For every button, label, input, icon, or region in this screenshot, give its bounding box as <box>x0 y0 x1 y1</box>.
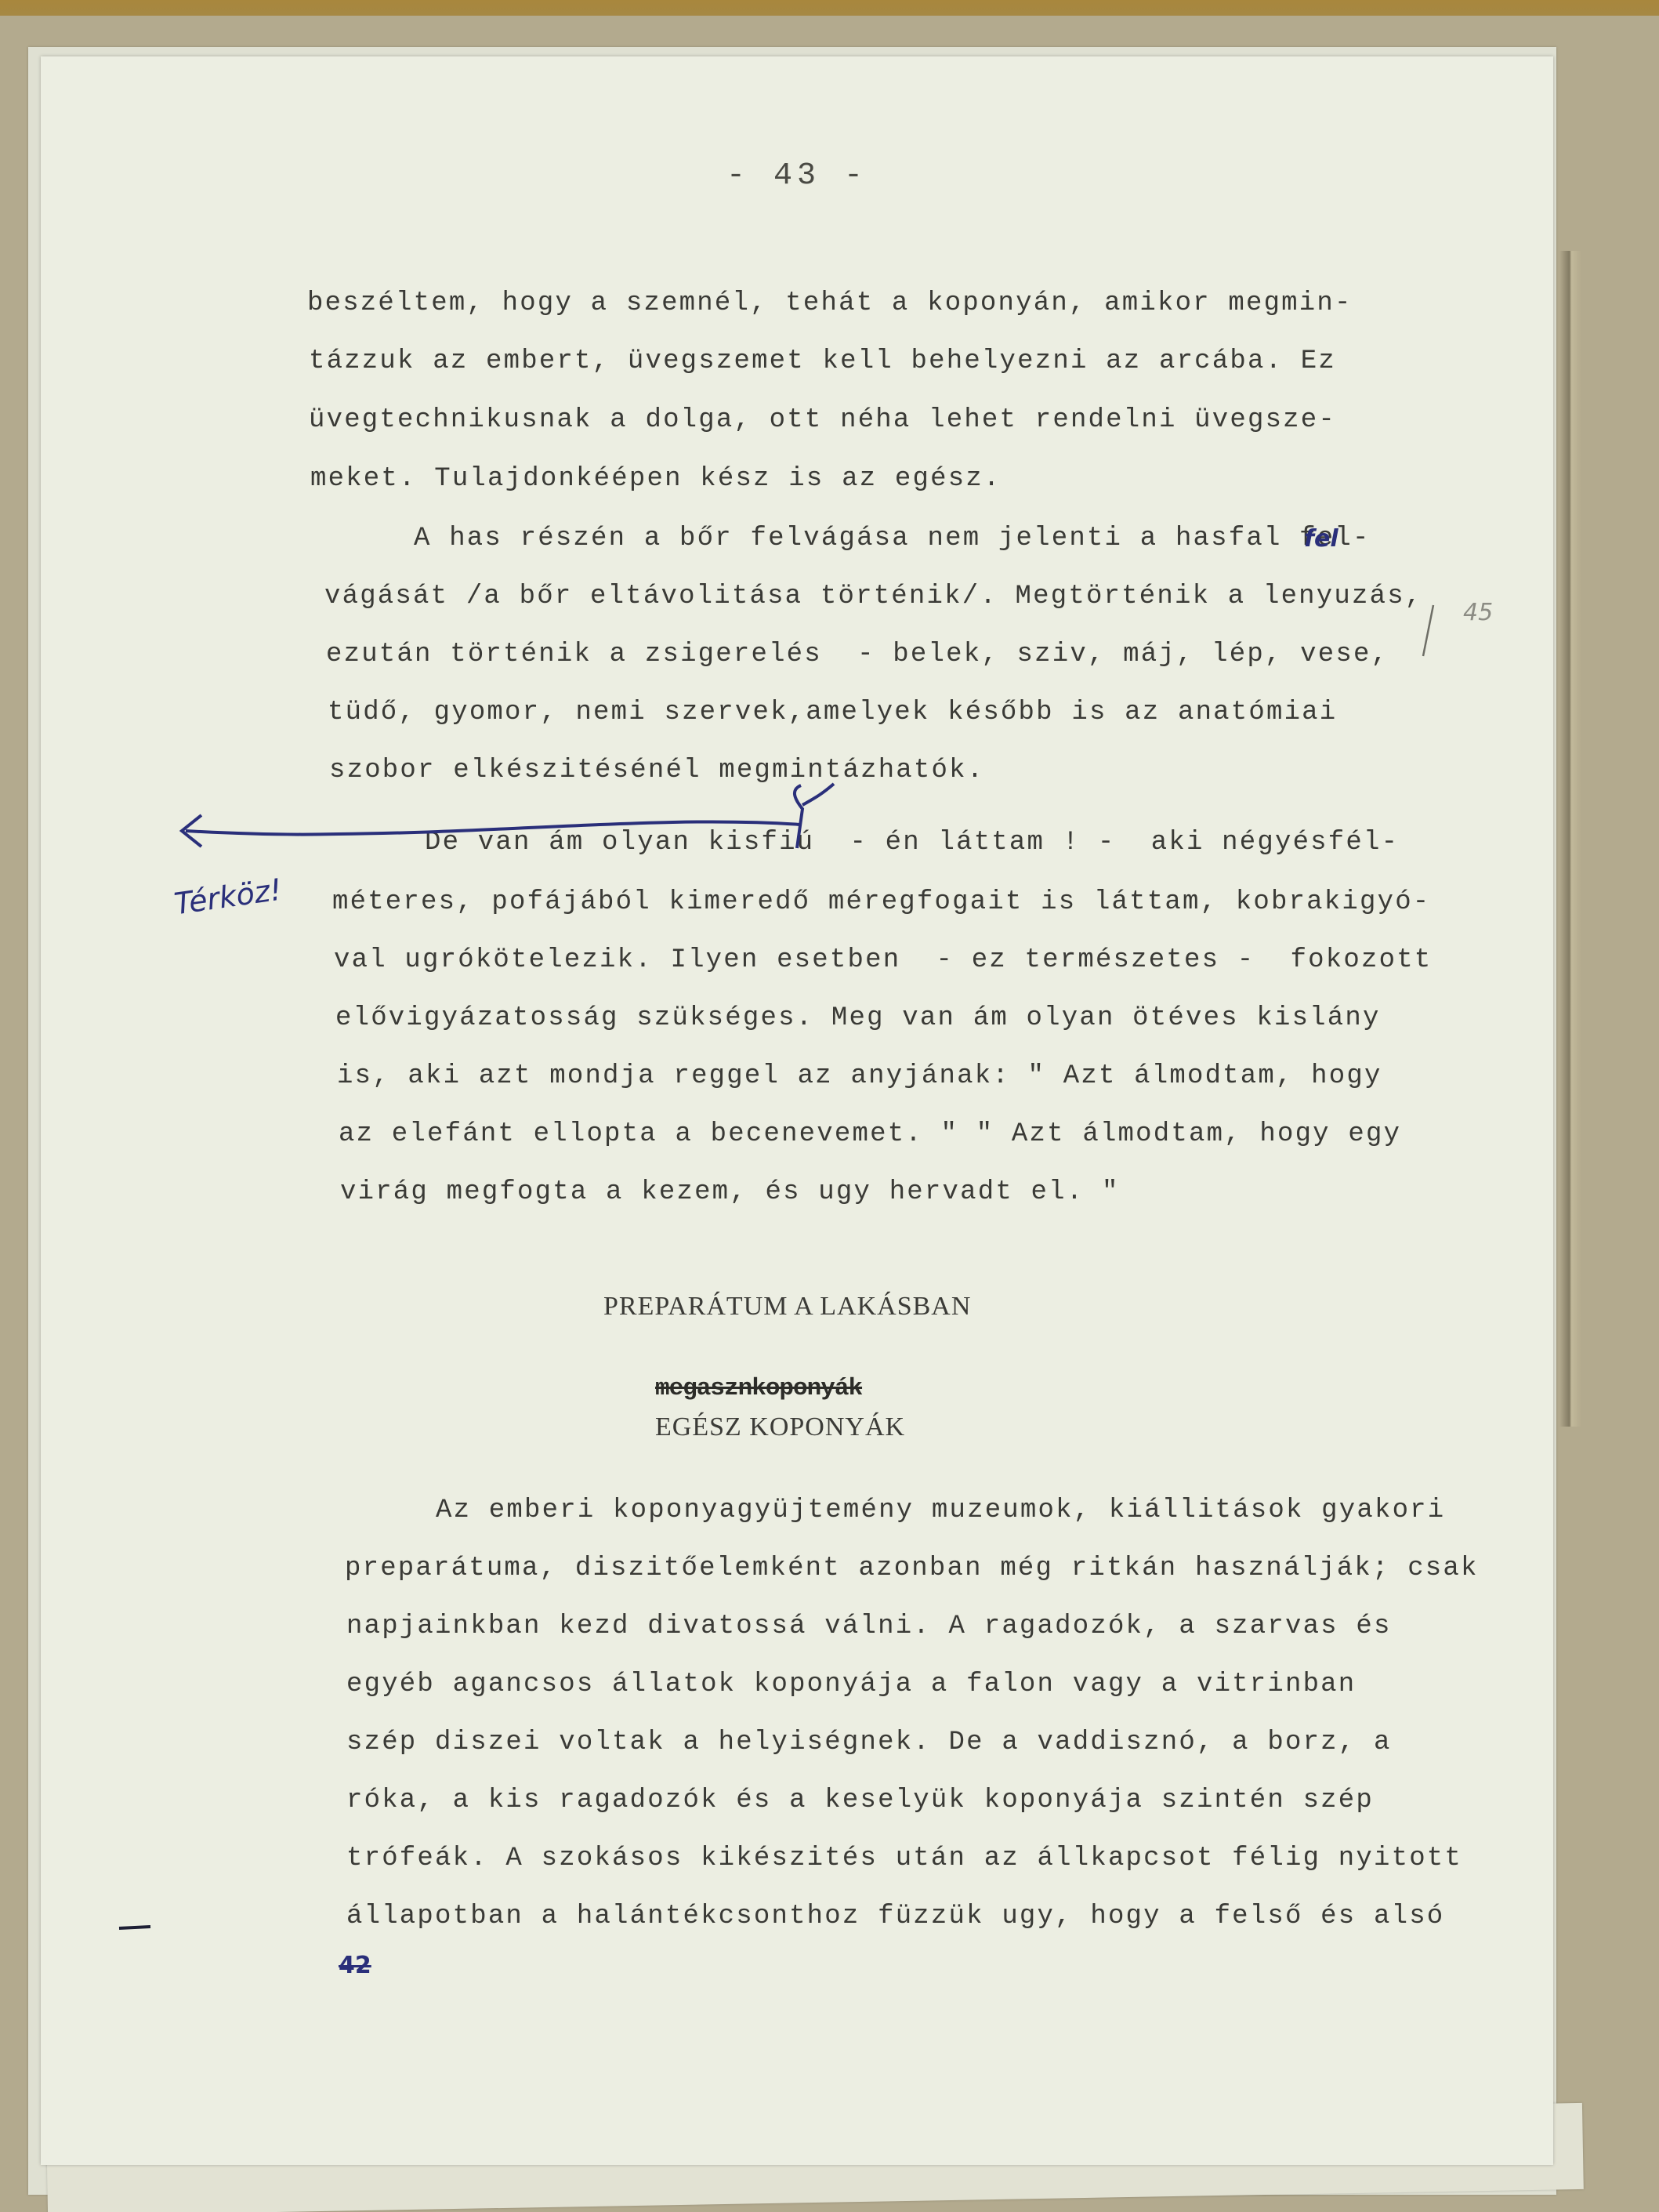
folder-crack <box>1559 251 1581 1427</box>
typewritten-page: - 43 - beszéltem, hogy a szemnél, tehát … <box>41 56 1553 2165</box>
ink-arrow-icon <box>41 56 1553 2165</box>
